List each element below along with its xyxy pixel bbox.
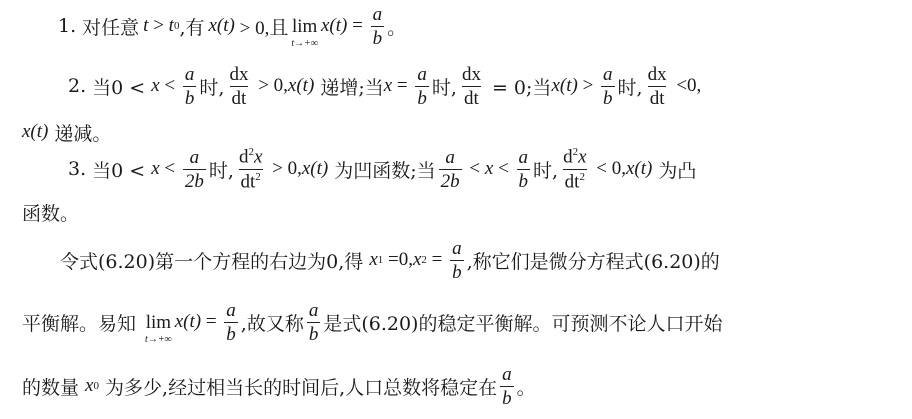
item-3-continued: 函数。 — [22, 188, 79, 236]
item-1: 1. 对任意 t > t0 ,有 x(t) > 0,且 lim t→+∞ x(t… — [58, 2, 406, 50]
item-number: 3. — [68, 158, 86, 180]
paragraph-line-3: 的数量 x0 为多少,经过相当长的时间后,人口总数将稳定在 ab 。 — [22, 362, 536, 410]
item-3: 3. 当0 < x < a2b 时, d2xdt2 > 0, x(t) 为凹函数… — [68, 145, 696, 193]
paragraph-line-2: 平衡解。易知 lim t→+∞ x(t) = ab ,故又称 ab 是式(6.2… — [22, 298, 722, 346]
paragraph-line-1: 令式(6.20)第一个方程的右边为0,得 x1 =0, x2 = ab ,称它们… — [60, 236, 720, 284]
derivative-dx-dt: dxdt — [227, 65, 250, 108]
limit-expression: lim t→+∞ — [291, 17, 318, 49]
item-2: 2. 当0 < x < ab 时, dxdt > 0, x(t) 递增;当 x … — [68, 62, 701, 110]
second-derivative: d2xdt2 — [237, 147, 264, 191]
fraction-a-over-b: ab — [371, 5, 385, 48]
item-number: 2. — [68, 75, 86, 97]
item-number: 1. — [58, 15, 76, 37]
